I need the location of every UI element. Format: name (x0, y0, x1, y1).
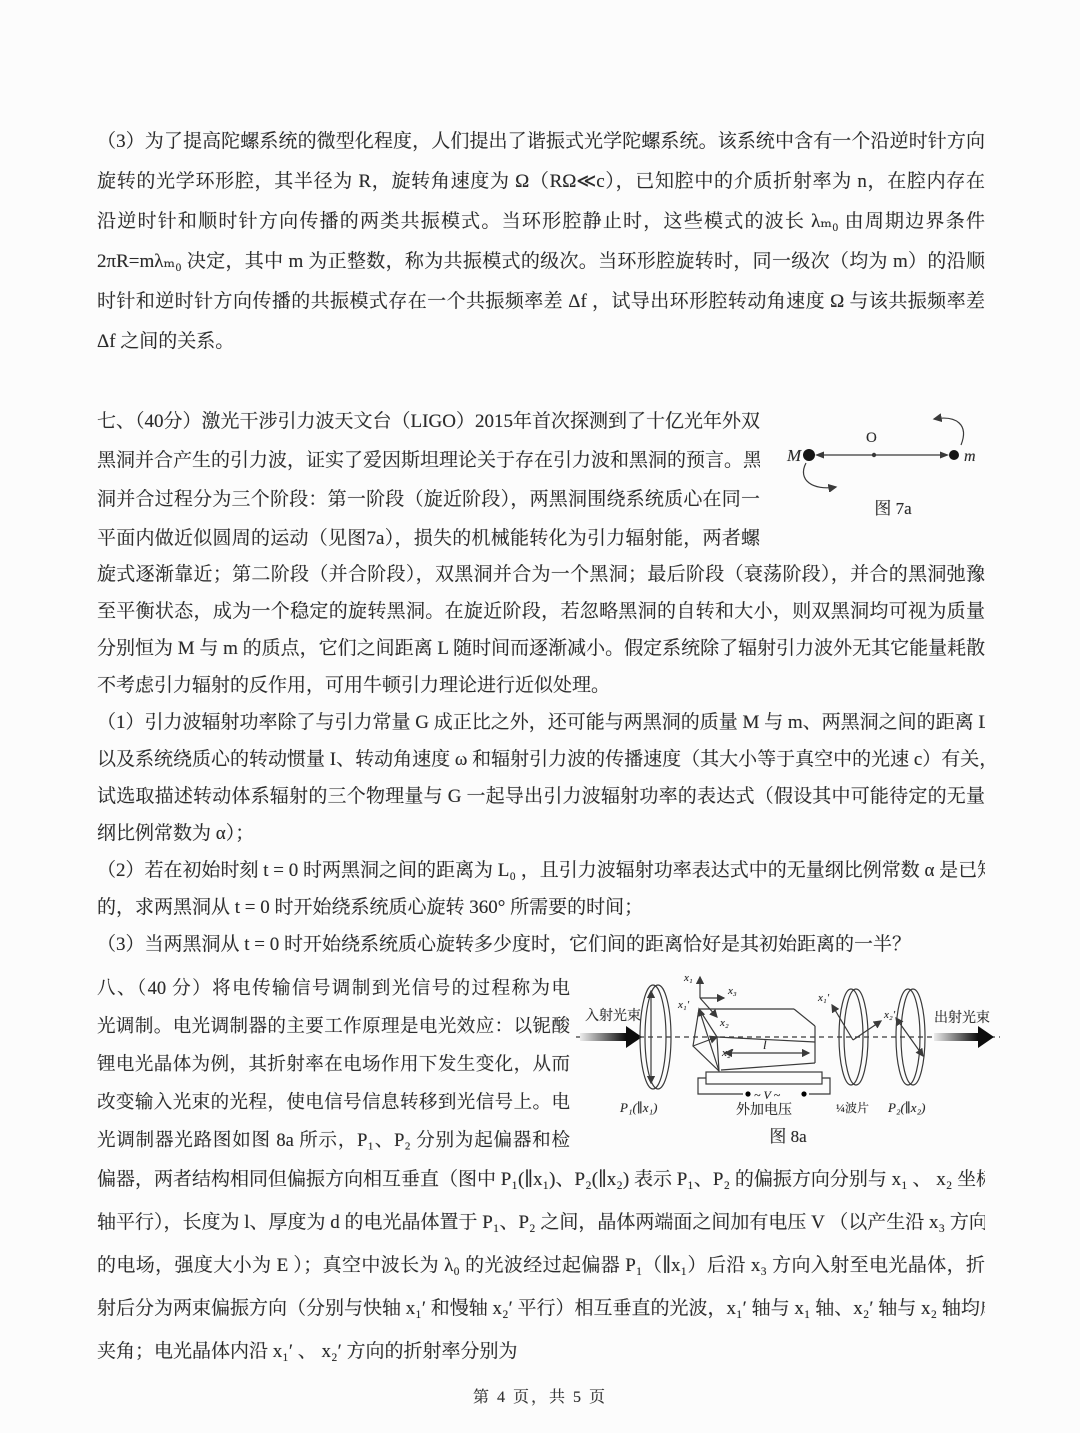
rotation-arrow-M (803, 463, 836, 488)
text-line: 旋式逐渐靠近；第二阶段（并合阶段），双黑洞并合为一个黑洞；最后阶段（衰荡阶段），… (97, 556, 985, 593)
figure-7a-caption: 图 7a (782, 494, 1004, 519)
text-line: 分别恒为 M 与 m 的质点，它们之间距离 L 随时间而逐渐减小。假定系统除了辐… (97, 630, 985, 667)
problem-7-intro: 七、（40分）激光干涉引力波天文台（LIGO）2015年首次探测到了十亿光年外双… (97, 402, 760, 558)
mass-M-label: M (786, 446, 802, 465)
text-line: （2）若在初始时刻 t = 0 时两黑洞之间的距离为 L₀ ，且引力波辐射功率表… (97, 852, 985, 889)
text-line: 旋转的光学环形腔，其半径为 R，旋转角速度为 Ω（RΩ≪c），已知腔中的介质折射… (97, 162, 985, 202)
qwp-axis-x1p-label: x₁′ (817, 992, 830, 1004)
coordinate-axes (700, 977, 724, 1017)
binary-black-hole-diagram: M m O (782, 408, 1004, 492)
right-arrowhead-icon (940, 452, 949, 459)
text-line: 改变输入光束的光程，使电信号信息转移到光信号上。电 (97, 1084, 570, 1122)
crystal-length-label: l (763, 1037, 767, 1052)
text-line: 至平衡状态，成为一个稳定的旋转黑洞。在旋近阶段，若忽略黑洞的自转和大小，则双黑洞… (97, 593, 985, 630)
text-line: 光调制。电光调制器的主要工作原理是电光效应：以铌酸 (97, 1008, 570, 1046)
figure-7a: M m O 图 7a (782, 408, 1004, 519)
text-line: 光调制器光路图如图 8a 所示，P₁、P₂ 分别为起偏器和检 (97, 1122, 570, 1160)
text-line: 七、（40分）激光干涉引力波天文台（LIGO）2015年首次探测到了十亿光年外双 (97, 402, 760, 441)
text-line: Δf 之间的关系。 (97, 322, 985, 362)
problem-part-3: （3）为了提高陀螺系统的微型化程度，人们提出了谐振式光学陀螺系统。该系统中含有一… (97, 122, 985, 362)
text-line: 纲比例常数为 α）； (97, 815, 985, 852)
text-line: 射后分为两束偏振方向（分别与快轴 x₁′ 和慢轴 x₂′ 平行）相互垂直的光波，… (97, 1287, 985, 1330)
figure-8a-caption: 图 8a (572, 1122, 1004, 1147)
text-line: 夹角；电光晶体内沿 x₁′ 、 x₂′ 方向的折射率分别为 (97, 1330, 985, 1373)
crystal-axis-x2p-label: x₂′ (721, 1047, 734, 1059)
exam-page: （3）为了提高陀螺系统的微型化程度，人们提出了谐振式光学陀螺系统。该系统中含有一… (0, 0, 1080, 1433)
mass-m-label: m (964, 448, 976, 465)
voltage-label: 外加电压 (736, 1101, 792, 1118)
polarizer-p2-label: P₂(∥x₂) (887, 1100, 925, 1115)
incident-beam-label: 入射光束 (585, 1007, 641, 1024)
text-line: 黑洞并合产生的引力波，证实了爱因斯坦理论关于存在引力波和黑洞的预言。黑 (97, 441, 760, 480)
axis-x3-label: x₃ (727, 985, 737, 997)
text-line: 八、（40 分）将电传输信号调制到光信号的过程称为电 (97, 970, 570, 1008)
text-line: 偏器，两者结构相同但偏振方向相互垂直（图中 P₁(∥x₁)、P₂(∥x₂) 表示… (97, 1158, 985, 1201)
text-line: 平面内做近似圆周的运动（见图7a），损失的机械能转化为引力辐射能，两者螺 (97, 519, 760, 558)
text-line: 2πR=mλₘ₀ 决定，其中 m 为正整数，称为共振模式的级次。当环形腔旋转时，… (97, 242, 985, 282)
exit-beam-arrow (934, 1033, 978, 1041)
voltage-symbol: ~ V ~ (754, 1088, 781, 1102)
crystal-axis-x1p-label: x₁′ (677, 999, 690, 1011)
problem-7-body: 旋式逐渐靠近；第二阶段（并合阶段），双黑洞并合为一个黑洞；最后阶段（衰荡阶段），… (97, 556, 985, 963)
text-line: （3）为了提高陀螺系统的微型化程度，人们提出了谐振式光学陀螺系统。该系统中含有一… (97, 122, 985, 162)
black-hole-m-dot (949, 450, 959, 460)
text-line: （3）当两黑洞从 t = 0 时开始绕系统质心旋转多少度时，它们间的距离恰好是其… (97, 926, 985, 963)
electro-optic-modulator-diagram: 入射光束 P₁(∥x₁) x₁ x₃ x₂ (572, 964, 1004, 1120)
text-line: 轴平行），长度为 l、厚度为 d 的电光晶体置于 P₁、P₂ 之间，晶体两端面之… (97, 1201, 985, 1244)
text-line: （1）引力波辐射功率除了与引力常量 G 成正比之外，还可能与两黑洞的质量 M 与… (97, 704, 985, 741)
problem-8-body: 偏器，两者结构相同但偏振方向相互垂直（图中 P₁(∥x₁)、P₂(∥x₂) 表示… (97, 1158, 985, 1373)
exit-beam-label: 出射光束 (934, 1009, 990, 1026)
text-line: 洞并合过程分为三个阶段：第一阶段（旋近阶段），两黑洞围绕系统质心在同一 (97, 480, 760, 519)
text-line: 时针和逆时针方向传播的共振模式存在一个共振频率差 Δf ，试导出环形腔转动角速度… (97, 282, 985, 322)
problem-8-intro: 八、（40 分）将电传输信号调制到光信号的过程称为电 光调制。电光调制器的主要工… (97, 970, 570, 1160)
text-line: 的，求两黑洞从 t = 0 时开始绕系统质心旋转 360° 所需要的时间； (97, 889, 985, 926)
rotation-arrow-m (934, 418, 963, 445)
exit-beam-arrowhead-icon (978, 1026, 994, 1048)
crystal (693, 1009, 815, 1071)
polarizer-p1-label: P₁(∥x₁) (619, 1100, 657, 1115)
text-line: 锂电光晶体为例，其折射率在电场作用下发生变化，从而 (97, 1046, 570, 1084)
text-line: 的电场，强度大小为 E ）；真空中波长为 λ₀ 的光波经过起偏器 P₁（∥x₁）… (97, 1244, 985, 1287)
text-line: 试选取描述转动体系辐射的三个物理量与 G 一起导出引力波辐射功率的表达式（假设其… (97, 778, 985, 815)
text-line: 以及系统绕质心的转动惯量 I、转动角速度 ω 和辐射引力波的传播速度（其大小等于… (97, 741, 985, 778)
text-line: 不考虑引力辐射的反作用，可用牛顿引力理论进行近似处理。 (97, 667, 985, 704)
figure-8a: 入射光束 P₁(∥x₁) x₁ x₃ x₂ (572, 964, 1004, 1147)
center-of-mass-dot (872, 453, 876, 457)
qwp-axis-x2p-label: x₂′ (883, 1009, 896, 1021)
axis-x1-label: x₁ (683, 972, 693, 984)
qwp-label: ¼波片 (836, 1100, 869, 1115)
incident-beam-arrow (580, 1033, 626, 1041)
polarizer-p1 (640, 985, 671, 1089)
text-line: 沿逆时针和顺时针方向传播的两类共振模式。当环形腔静止时，这些模式的波长 λₘ₀ … (97, 202, 985, 242)
left-arrowhead-icon (815, 452, 824, 459)
center-O-label: O (866, 430, 877, 446)
black-hole-M-dot (803, 449, 815, 461)
page-number: 第 4 页，共 5 页 (0, 1384, 1080, 1407)
axis-x2-label: x₂ (719, 1017, 729, 1029)
